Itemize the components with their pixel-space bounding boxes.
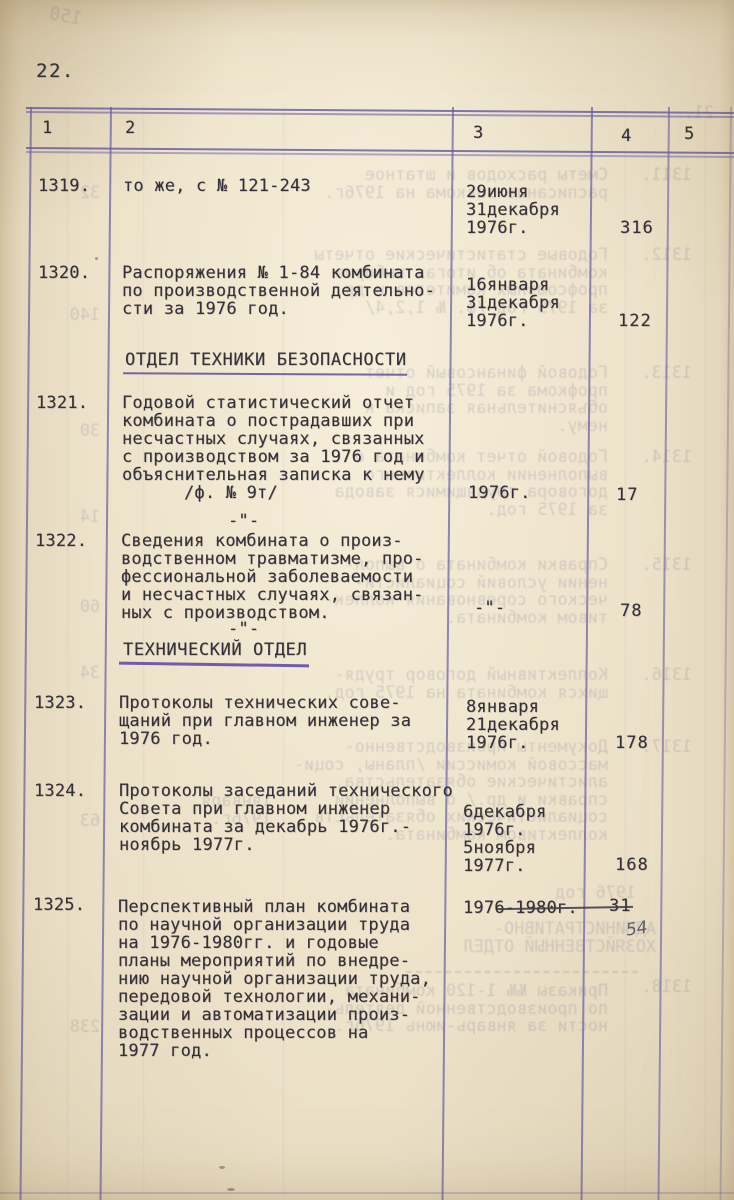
bleed-entry-count: 238 — [70, 1018, 100, 1036]
entry-dates: 8января 21декабря 1976г. — [466, 698, 560, 752]
bleed-entry-number: 1318. — [641, 978, 692, 996]
column-border — [100, 107, 112, 1200]
bleed-entry-number: 1314. — [641, 448, 692, 466]
column-border — [442, 107, 454, 1200]
section-heading: ОТДЕЛ ТЕХНИКИ БЕЗОПАСНОСТИ — [125, 351, 407, 369]
entry-number: 1323. — [34, 694, 86, 712]
handwritten-corrected-count: 54 — [625, 917, 650, 940]
bleed-entry-count: 34 — [80, 664, 100, 682]
entry-number: 1322. — [35, 532, 87, 550]
section-heading: ТЕХНИЧЕСКИЙ ОТДЕЛ — [123, 641, 307, 659]
entry-dates: 1976г. — [468, 484, 531, 502]
bleed-entry-count: 63 — [80, 812, 100, 830]
ditto-mark: -"- — [228, 512, 259, 530]
entry-sheet-count: 122 — [618, 312, 652, 330]
bleed-entry-count: 60 — [80, 598, 100, 616]
column-header-5: 5 — [684, 125, 694, 143]
bleed-entry-count: 30 — [80, 422, 100, 440]
ditto-mark: -"- — [228, 620, 259, 638]
bleed-entry-number: 1315. — [641, 556, 692, 574]
entry-description: Протоколы технических сове- щаний при гл… — [119, 694, 411, 748]
bleed-corner-mark: 150 — [48, 5, 84, 28]
entry-description: то же, с № 121-243 — [123, 177, 311, 195]
entry-dates: 29июня 31декабря 1976г. — [466, 183, 560, 237]
bleed-rule — [625, 104, 626, 1196]
bleed-entry-count: 14 — [80, 508, 100, 526]
column-border — [658, 107, 670, 1200]
entry-number: 1325. — [33, 896, 85, 914]
bleed-entry-count: 140 — [70, 306, 100, 324]
ink-speck — [95, 257, 98, 260]
bleed-rule — [705, 104, 706, 1196]
entry-sheet-count: 17 — [616, 486, 638, 504]
column-header-2: 2 — [125, 119, 135, 137]
entry-sheet-count: 178 — [615, 734, 649, 752]
entry-description: Протоколы заседаний технического Совета … — [119, 782, 453, 854]
entry-sheet-count: 78 — [620, 602, 642, 620]
entry-description: Перспективный план комбината по научной … — [118, 898, 431, 1060]
page-number: 22. — [36, 62, 75, 80]
bleed-entry-number: 1316. — [641, 666, 692, 684]
entry-description: Распоряжения № 1-84 комбината по произво… — [122, 264, 435, 318]
section-underline — [119, 662, 309, 667]
bleed-underline — [406, 971, 638, 973]
entry-dates: 16января 31декабря 1976г. — [466, 276, 560, 330]
column-border — [720, 107, 732, 1200]
entry-description: Годовой статистический отчет комбината о… — [122, 394, 425, 484]
entry-number: 1321. — [36, 394, 88, 412]
entry-dates: 6декабря 1976г. 5ноября 1977г. — [463, 803, 546, 875]
entry-sheet-count: 168 — [615, 856, 649, 874]
column-header-4: 4 — [621, 127, 631, 145]
entry-sheet-count: 316 — [620, 219, 654, 237]
column-header-1: 1 — [42, 119, 52, 137]
section-underline — [123, 372, 407, 375]
entry-dates-ditto: -"- — [474, 599, 505, 617]
entry-description: Сведения комбината о произ- водственном … — [121, 532, 424, 622]
entry-number: 1320. — [38, 264, 90, 282]
ink-speck — [227, 1188, 235, 1191]
column-border — [581, 107, 593, 1200]
entry-form-reference: /ф. № 9т/ — [184, 484, 278, 502]
entry-number: 1324. — [34, 782, 86, 800]
ink-speck — [219, 1166, 225, 1169]
archive-scan-page: 21. 150 1311. Сметы расходов и штатное р… — [0, 0, 734, 1200]
column-border — [20, 107, 32, 1200]
entry-number: 1319. — [38, 177, 90, 195]
column-header-3: 3 — [473, 124, 483, 142]
page-bottom-edge — [0, 1192, 734, 1194]
